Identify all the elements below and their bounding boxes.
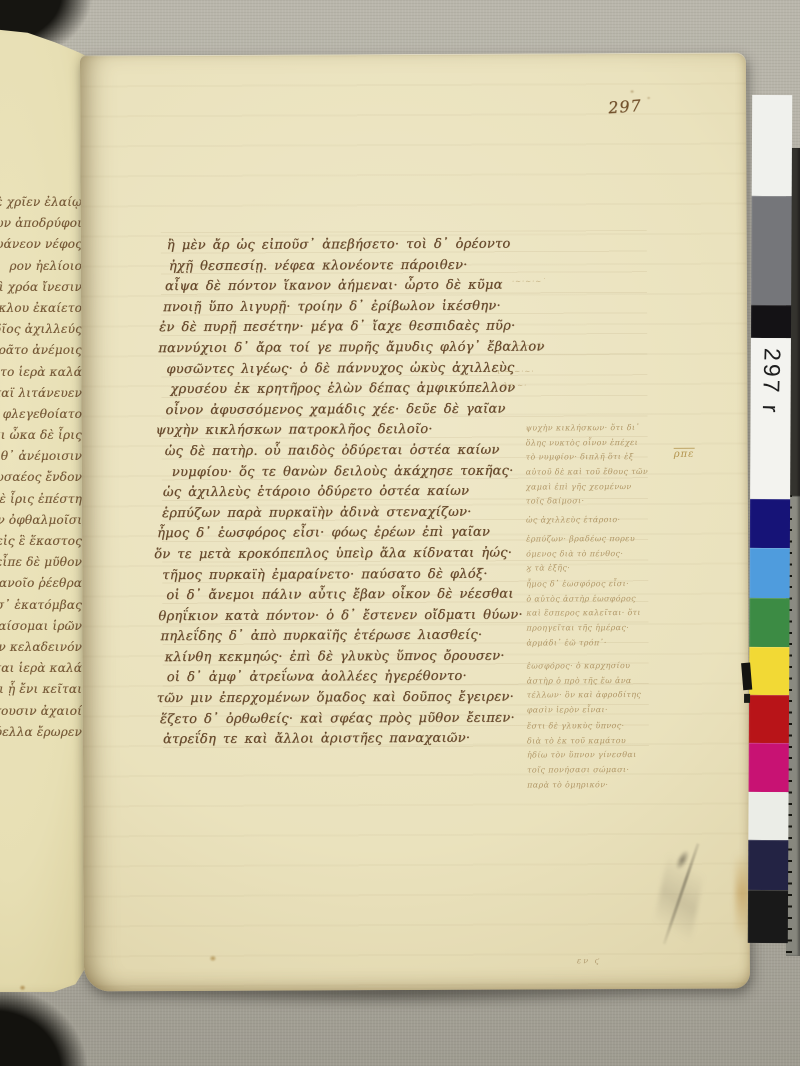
scholium-line: όμενος διὰ τὸ πένθος· [526,546,698,561]
color-patch-black [751,305,791,338]
scholium-group: ψυχὴν κικλήσκων· ὅτι δι᾽ὅλης νυκτὸς οἶνο… [526,421,698,510]
scholium-line: ἡδίω τὸν ὕπνον γίνεσθαι [527,748,699,763]
scholium-line: ψυχὴν κικλήσκων· ὅτι δι᾽ [526,421,698,436]
color-patch-navy-black [748,840,788,890]
folio-label: 297 r [757,348,786,416]
scholium-line: τοῖς δαίμοσι· [526,494,698,509]
color-patch-label: 297 r [750,338,791,499]
page-number: 297 [608,96,643,117]
scholium-line: ἔστι δὲ γλυκὺς ὕπνος· [527,719,699,734]
facing-page: δὲ χρῖεν ἐλαίῳων ἀποδρύφοικυάνεον νέφοςρ… [0,26,92,992]
facing-page-line: ἦλθ᾽ ἀνέμοισιν [0,446,82,467]
scholium-line: χαμαὶ ἐπὶ γῆς χεομένων [526,480,698,495]
manuscript-photo: δὲ χρῖεν ἐλαίῳων ἀποδρύφοικυάνεον νέφοςρ… [0,0,800,1066]
facing-page-line: ων ἀποδρύφοι [0,213,82,234]
facing-page-line: σα δὲ ἶρις ἐπέστη [0,489,82,510]
manuscript-line: ἠχῇ θεσπεσίῃ. νέφεα κλονέοντε πάροιθεν· [169,255,637,278]
scholium-line: ἀστὴρ ὁ πρὸ τῆς ἕω ἀνα [527,673,699,688]
scholium-line: ϗ τὰ ἑξῆς· [526,561,698,576]
facing-page-line: ὠκεανοῖο ῥέεθρα [0,573,82,594]
facing-page-line: ετο ἱερὰ καλά [0,362,82,383]
scholium-group: ὡς ἀχιλλεὺς ἑτάροιο· [526,513,698,528]
scholium-line: καὶ ἕσπερος καλεῖται· ὅτι [526,606,698,621]
facing-page-line: ὑπίσχεται ἱερὰ καλά [0,658,82,679]
scholium-line: τοῖς πονήσασι σώμασι· [527,763,699,778]
scholium-line: τέλλων· ὃν καὶ ἀφροδίτης [527,688,699,703]
facing-page-text: δὲ χρῖεν ἐλαίῳων ἀποδρύφοικυάνεον νέφοςρ… [0,192,82,743]
scholium-line: ἑρπύζων· βραδέως πορευ [526,532,698,547]
scholia-column: ψυχὴν κικλήσκων· ὅτι δι᾽ὅλης νυκτὸς οἶνο… [80,53,746,56]
scholium-line: ἀρμάδι᾽ ἑῶ τρόπ᾽· [526,636,698,651]
scholium-line: φασὶν ἱερὸν εἶναι· [527,703,699,718]
manuscript-line: ἐν δὲ πυρῇ πεσέτην· μέγα δ᾽ ἴαχε θεσπιδα… [159,316,637,339]
scholium-group: ἔστι δὲ γλυκὺς ὕπνος·διὰ τὸ ἐκ τοῦ καμάτ… [527,719,699,793]
scholium-line: προηγεῖται τῆς ἡμέρας· [526,621,698,636]
color-patch-dark-blue [750,499,790,548]
facing-page-line: τρόκλου ἐκαίετο [0,298,82,319]
manuscript-line: χρυσέου ἐκ κρητῆρος ἑλὼν δέπας ἀμφικύπελ… [170,378,637,401]
marginal-gloss: ·~·~ ·|· [512,341,545,349]
color-patch-white [752,95,793,196]
facing-page-line: δῖος ἀχιλλεύς [0,319,82,340]
manuscript-line: παννύχιοι δ᾽ ἄρα τοί γε πυρῆς ἄμυδις φλό… [158,337,637,360]
scholium-line: ὅλης νυκτὸς οἶνον ἐπέχει [526,435,698,450]
scholium-group: ἦμος δ᾽ ἑωσφόρος εἶσι·ὁ αὐτὸς ἀστὴρ ἑωσφ… [526,577,698,651]
scholium-line: ὡς ἀχιλλεὺς ἑτάροιο· [526,513,698,528]
scholium-line: ἦμος δ᾽ ἑωσφόρος εἶσι· [526,577,698,592]
manuscript-line: αἶψα δὲ πόντον ἵκανον ἀήμεναι· ὦρτο δὲ κ… [165,275,637,298]
color-patch-black-2 [748,890,788,943]
scholium-group: ἑωσφόρος· ὁ καρχησίουἀστὴρ ὁ πρὸ τῆς ἕω … [527,659,699,718]
folio-297r: 297 ρπε ἢ μὲν ἄρ ὡς εἰποῦσ᾽ ἀπεβήσετο· τ… [80,53,750,992]
facing-page-line: καήμεναι ᾗ ἔνι κεῖται [0,679,82,700]
scholium-group: ἑρπύζων· βραδέως πορευόμενος διὰ τὸ πένθ… [526,532,698,577]
marginal-gloss: ·~·~·~˙ [512,277,547,285]
scholium-line: διὰ τὸ ἐκ τοῦ καμάτου [527,733,699,748]
facing-page-line: ζέφυρον κελαδεινόν [0,637,82,658]
color-patch-gray [751,196,792,305]
color-patch-green [749,598,789,647]
facing-page-line: ἠρᾶτο ἀνέμοις [0,340,82,361]
color-patch-red [749,695,789,743]
facing-page-line: κυάνεον νέφος [0,234,82,255]
color-patch-white-2 [748,792,788,840]
facing-page-line: ἀναστενάχουσιν ἀχαιοί [0,701,82,722]
color-patch-yellow [749,647,789,695]
marginal-glosses: ·~·~·~˙·~·~ ·|·ι·~·~·~·λο ~· [80,53,746,56]
manuscript-line: φυσῶντες λιγέως· ὁ δὲ πάννυχος ὠκὺς ἀχιλ… [166,358,637,381]
color-patch-magenta [749,743,789,792]
facing-page-line: ρον ἠελίοιο [0,256,82,277]
scholium-line: παρὰ τὸ ὁμηρικόν· [527,778,699,793]
scholium-line: ἑωσφόρος· ὁ καρχησίου [527,659,699,674]
top-edge-speck [646,96,651,100]
facing-page-line: μεταδαίσομαι ἱρῶν [0,616,82,637]
facing-page-line: δυσαέος ἔνδον [0,467,82,488]
facing-page-line: ρα θύελλα ἔρωρεν [0,722,82,743]
wormhole-speck [18,984,27,992]
color-patches: 297 r [748,95,792,943]
color-calibration-bar: 297 r [750,95,800,970]
bottom-quire-mark: εν ϛ [577,956,601,965]
wormhole-speck [208,954,218,963]
scholium-line: ὁ αὐτὸς ἀστὴρ ἑωσφόρος [526,591,698,606]
facing-page-line: ατο εἶπε δὲ μῦθον [0,552,82,573]
scholium-line: τὸ νυμφίον· διπλῆ ὅτι ἐξ [526,450,698,465]
facing-page-line: μεναι ὦκα δὲ ἶρις [0,425,82,446]
scholium-line: αὐτοῦ δὲ καὶ τοῦ ἔθους τῶν [526,465,698,480]
facing-page-line: ἴδον ὀφθαλμοῖσι [0,510,82,531]
color-patch-light-blue [750,548,790,598]
top-edge-speck [629,89,635,94]
facing-page-line: δέπαϊ λιτάνευεν [0,383,82,404]
facing-page-line: φλεγεθοίατο [0,404,82,425]
manuscript-line: ἢ μὲν ἄρ ὡς εἰποῦσ᾽ ἀπεβήσετο· τοὶ δ᾽ ὀρ… [167,234,637,257]
facing-page-line: δὲ χρῖεν ἐλαίῳ [0,192,82,213]
label-notch-small [744,694,750,703]
manuscript-line: οἶνον ἀφυσσόμενος χαμάδις χέε· δεῦε δὲ γ… [165,399,637,422]
facing-page-line: τέ μιν εἰς ἓ ἕκαστος [0,531,82,552]
marginal-gloss: ι·~·~·~· [497,367,534,375]
facing-page-line: ὶ χρόα ἴνεσιν [0,277,82,298]
facing-page-line: ῥέζουσ᾽ ἑκατόμβας [0,595,82,616]
manuscript-line: πνοιῇ ὕπο λιγυρῇ· τροίην δ᾽ ἐρίβωλον ἱκέ… [163,296,637,319]
marginal-gloss: λο ~· [503,382,527,390]
edge-stain [735,853,748,941]
